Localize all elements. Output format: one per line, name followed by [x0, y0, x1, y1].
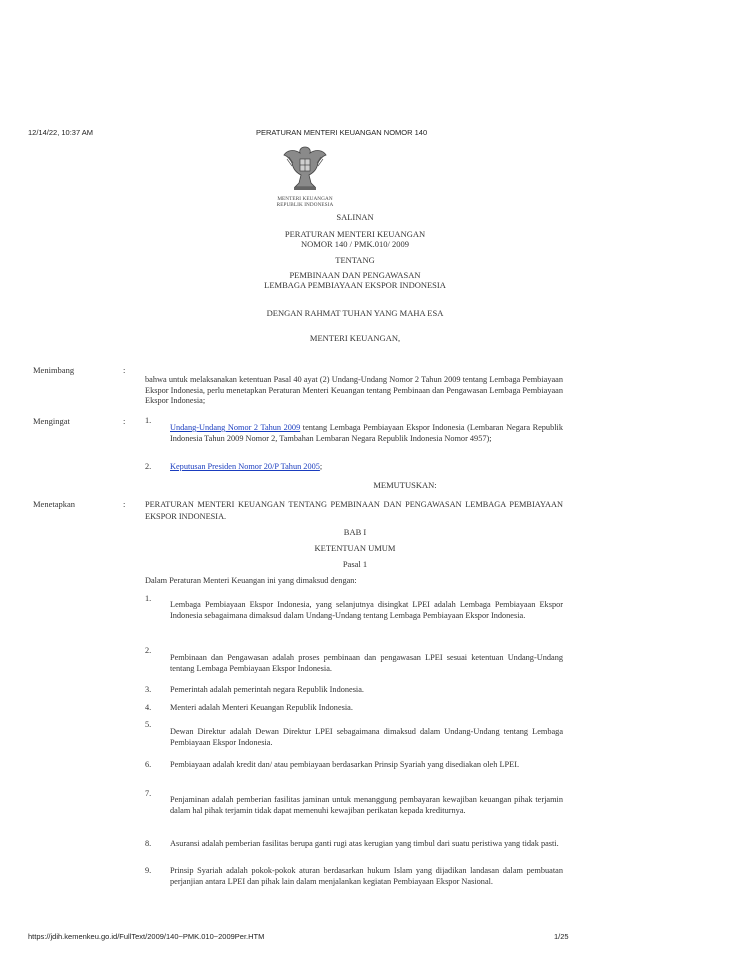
pasal-label: Pasal 1 — [145, 559, 565, 569]
def-num-5: 5. — [145, 720, 151, 729]
def-num-2: 2. — [145, 646, 151, 655]
def-text-5: Dewan Direktur adalah Dewan Direktur LPE… — [170, 727, 563, 748]
def-text-8: Asuransi adalah pemberian fasilitas beru… — [170, 839, 563, 850]
def-text-7: Penjaminan adalah pemberian fasilitas ja… — [170, 795, 563, 816]
mengingat-num-1: 1. — [145, 416, 151, 425]
menetapkan-label: Menetapkan — [33, 499, 75, 509]
garuda-emblem-icon — [279, 141, 331, 193]
regulation-number: NOMOR 140 / PMK.010/ 2009 — [145, 239, 565, 249]
def-num-6: 6. — [145, 760, 151, 769]
keppres-20-2005-link[interactable]: Keputusan Presiden Nomor 20/P Tahun 2005 — [170, 462, 320, 471]
tentang-label: TENTANG — [145, 255, 565, 265]
letterhead-line2: REPUBLIK INDONESIA — [250, 202, 360, 208]
def-text-2: Pembinaan dan Pengawasan adalah proses p… — [170, 653, 563, 674]
bab-title: KETENTUAN UMUM — [145, 543, 565, 553]
menimbang-label: Menimbang — [33, 365, 74, 375]
def-num-8: 8. — [145, 839, 151, 848]
print-title: PERATURAN MENTERI KEUANGAN NOMOR 140 — [256, 128, 427, 137]
def-text-9: Prinsip Syariah adalah pokok-pokok atura… — [170, 866, 563, 887]
mengingat-label: Mengingat — [33, 416, 70, 426]
menimbang-colon: : — [123, 365, 125, 375]
def-text-1: Lembaga Pembiayaan Ekspor Indonesia, yan… — [170, 600, 563, 621]
menetapkan-text: PERATURAN MENTERI KEUANGAN TENTANG PEMBI… — [145, 499, 563, 522]
mengingat-num-2: 2. — [145, 462, 151, 471]
menteri-line: MENTERI KEUANGAN, — [145, 333, 565, 343]
mengingat-colon: : — [123, 416, 125, 426]
memutuskan-heading: MEMUTUSKAN: — [195, 480, 615, 490]
subject-line1: PEMBINAAN DAN PENGAWASAN — [145, 270, 565, 280]
bab-number: BAB I — [145, 527, 565, 537]
def-num-9: 9. — [145, 866, 151, 875]
rahmat-line: DENGAN RAHMAT TUHAN YANG MAHA ESA — [145, 308, 565, 318]
pasal-intro: Dalam Peraturan Menteri Keuangan ini yan… — [145, 576, 563, 587]
mengingat-item-2: Keputusan Presiden Nomor 20/P Tahun 2005… — [170, 462, 563, 473]
def-text-3: Pemerintah adalah pemerintah negara Repu… — [170, 685, 563, 696]
subject-line2: LEMBAGA PEMBIAYAAN EKSPOR INDONESIA — [145, 280, 565, 290]
def-num-4: 4. — [145, 703, 151, 712]
menimbang-text: bahwa untuk melaksanakan ketentuan Pasal… — [145, 375, 563, 407]
print-datetime: 12/14/22, 10:37 AM — [28, 128, 93, 137]
def-num-3: 3. — [145, 685, 151, 694]
mengingat-item-1: Undang-Undang Nomor 2 Tahun 2009 tentang… — [170, 423, 563, 444]
print-page-number: 1/25 — [554, 932, 569, 941]
def-text-4: Menteri adalah Menteri Keuangan Republik… — [170, 703, 563, 714]
def-text-6: Pembiayaan adalah kredit dan/ atau pembi… — [170, 760, 563, 771]
def-num-1: 1. — [145, 594, 151, 603]
def-num-7: 7. — [145, 789, 151, 798]
salinan-label: SALINAN — [145, 212, 565, 222]
uu-2-2009-link[interactable]: Undang-Undang Nomor 2 Tahun 2009 — [170, 423, 300, 432]
print-url: https://jdih.kemenkeu.go.id/FullText/200… — [28, 932, 264, 941]
regulation-title: PERATURAN MENTERI KEUANGAN — [145, 229, 565, 239]
menetapkan-colon: : — [123, 499, 125, 509]
